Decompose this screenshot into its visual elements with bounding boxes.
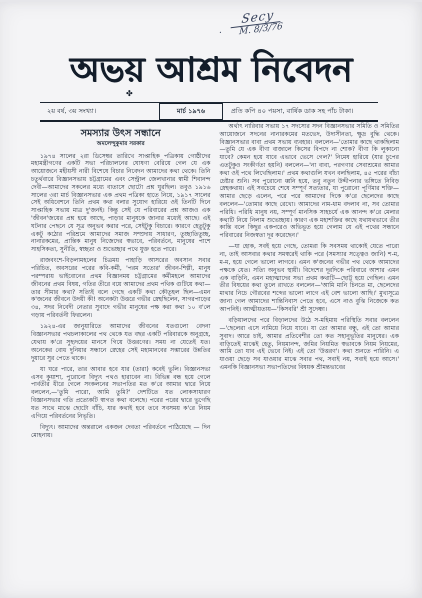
- paragraph: —যা হোক, সবই হয়ে গেছে, তোমরা কি সবসময় …: [220, 243, 400, 313]
- article-byline: অমলেন্দুকুমার সরকার: [31, 141, 211, 148]
- issue-number: ২য় বর্ষ, ৩য় সংখ্যা।: [40, 103, 159, 120]
- masthead-title: অভয় আশ্রম নিবেদন: [38, 44, 384, 101]
- paragraph: ১৯২৪-এর জানুয়ারিতে আমাদের জীবনের যতগুলো…: [31, 323, 211, 362]
- paper-background: · Secy M. 8/3/76 অভয় আশ্রম নিবেদন ✤ ২য়…: [0, 0, 422, 598]
- left-column: সমস্যার উৎস সন্ধানে অমলেন্দুকুমার সরকার …: [31, 123, 211, 443]
- paragraph: বড়িয়ালদের পরে বিড়ালদের উঠে স-মহিমায় …: [220, 317, 400, 372]
- paragraph: ১৯৭৪ সালের ২রা ডিসেম্বর তারিখে সাপ্তাহিক…: [31, 153, 211, 254]
- article-heading: সমস্যার উৎস সন্ধানে: [31, 128, 211, 140]
- scanned-page: · Secy M. 8/3/76 অভয় আশ্রম নিবেদন ✤ ২য়…: [0, 0, 422, 598]
- issue-date: মার্চ ১৯৭৬: [159, 103, 223, 120]
- handwritten-dot: ·: [218, 28, 222, 38]
- info-bar: ২য় বর্ষ, ৩য় সংখ্যা। মার্চ ১৯৭৬ প্রতি ক…: [40, 102, 378, 122]
- right-column: অর্থাৎ নারিবার সভায় ১৭ সদস্যের সদন বিজ্…: [220, 123, 400, 443]
- price-line: প্রতি কপি ৪০ পয়সা, বার্ষিক ডাক সহ পাঁচ …: [223, 103, 378, 120]
- paragraph: বিদ্যুৎ। আমাদের অন্তরালে একজন দেবতা পরিব…: [31, 424, 211, 440]
- paragraph: রাজবংশে-বিড়লামহলের চিত্রময় পাহাড়ি আসর…: [31, 257, 211, 319]
- paragraph: যা ঘরে পারে, তার আবার হবে যার (তারা) কবে…: [31, 366, 211, 421]
- flower-ornament-icon: ✤: [126, 89, 133, 98]
- handwritten-note: · Secy M. 8/3/76: [231, 7, 284, 38]
- article-body: সমস্যার উৎস সন্ধানে অমলেন্দুকুমার সরকার …: [31, 123, 399, 443]
- paragraph: অর্থাৎ নারিবার সভায় ১৭ সদস্যের সদন বিজ্…: [220, 123, 400, 240]
